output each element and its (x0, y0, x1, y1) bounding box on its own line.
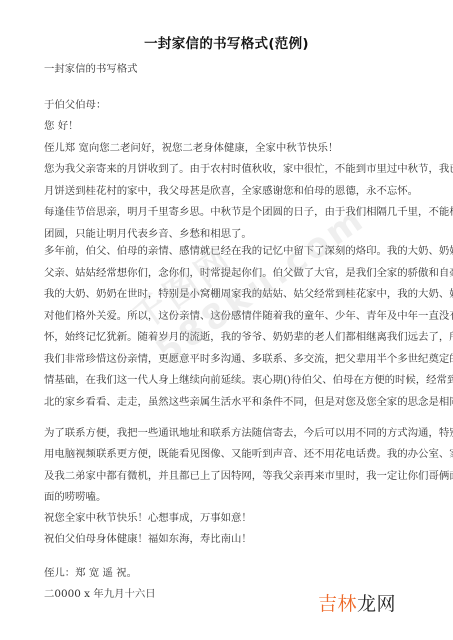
body-line: 面的唠唠嗑。 (44, 490, 414, 504)
body-line: 用电脑视频联系更方便，既能看见图像、又能听到声音、还不用花电话费。我的办公室、家… (44, 447, 414, 461)
body-line: 我们非常珍惜这份亲情，更愿意平时多沟通、多联系、多交流，把父辈用半个多世纪奠定的… (44, 352, 414, 366)
body-line: 及我二弟家中都有微机，并且都已上了因特网，等我父亲再来市里时，我一定让你们哥俩面… (44, 469, 414, 483)
body-line: 每逢佳节倍思亲，明月千里寄乡思。中秋节是个团圆的日子，由于我们相隔几千里，不能相… (44, 205, 414, 219)
body-line: 我的大奶、奶奶在世时，特别是小窝棚周家我的姑姑、姑父经常到桂花家中，我的大奶、奶… (44, 287, 414, 301)
body-line: 对他们格外关爱。所以，这份亲情、这份感情伴随着我的童年、少年、青年及中年一直没有… (44, 309, 414, 323)
salutation: 于伯父伯母： (44, 98, 414, 112)
body-line: 情基础，在我们这一代人身上继续向前延续。衷心期()待伯父、伯母在方便的时候，经常… (44, 373, 414, 387)
body-line: 多年前，伯父、伯母的亲情、感情就已经在我的记忆中留下了深刻的烙印。我的大奶、奶奶… (44, 244, 414, 258)
closing-wish: 祝您全家中秋节快乐！心想事成，万事如意！ (44, 511, 414, 525)
body-line: 月饼送到桂花村的家中，我父母甚是欣喜，全家感谢您和伯母的恩德，永不忘怀。 (44, 184, 414, 198)
greeting: 您 好！ (44, 119, 414, 133)
closing-wish: 祝伯父伯母身体健康！福如东海，寿比南山！ (44, 532, 414, 546)
body-line: 团圆，只能让明月代表乡音、乡愁和相思了。 (44, 227, 414, 241)
body-line: 父亲、姑姑经常想你们，念你们，时常提起你们。伯父做了大官，是我们全家的骄傲和自豪… (44, 266, 414, 280)
signature: 侄儿：郑 宽 遥 祝。 (44, 566, 414, 580)
logo-part-1: 吉林 (318, 593, 357, 615)
body-line: 您为我父亲寄来的月饼收到了。由于农村时值秋收，家中很忙，不能到市里过中秋节，我已… (44, 162, 414, 176)
document-title: 一封家信的书写格式(范例) (0, 32, 453, 52)
body-line: 北的家乡看看、走走，虽然这些亲属生活水平和条件不同，但是对您及您全家的思念是相同… (44, 395, 414, 409)
site-logo-watermark: 吉林龙网 (318, 589, 396, 616)
body-line: 为了联系方便，我把一些通讯地址和联系方法随信寄去，今后可以用不同的方式沟通，特别… (44, 426, 414, 440)
document-subtitle: 一封家信的书写格式 (44, 62, 414, 76)
logo-part-2: 龙网 (357, 593, 396, 615)
body-line: 怀，始终记忆犹新。随着岁月的流逝，我的爷爷、奶奶辈的老人们都相继离我们远去了，所… (44, 330, 414, 344)
body-line: 侄儿郑 宽向您二老问好，祝您二老身体健康，全家中秋节快乐！ (44, 141, 414, 155)
